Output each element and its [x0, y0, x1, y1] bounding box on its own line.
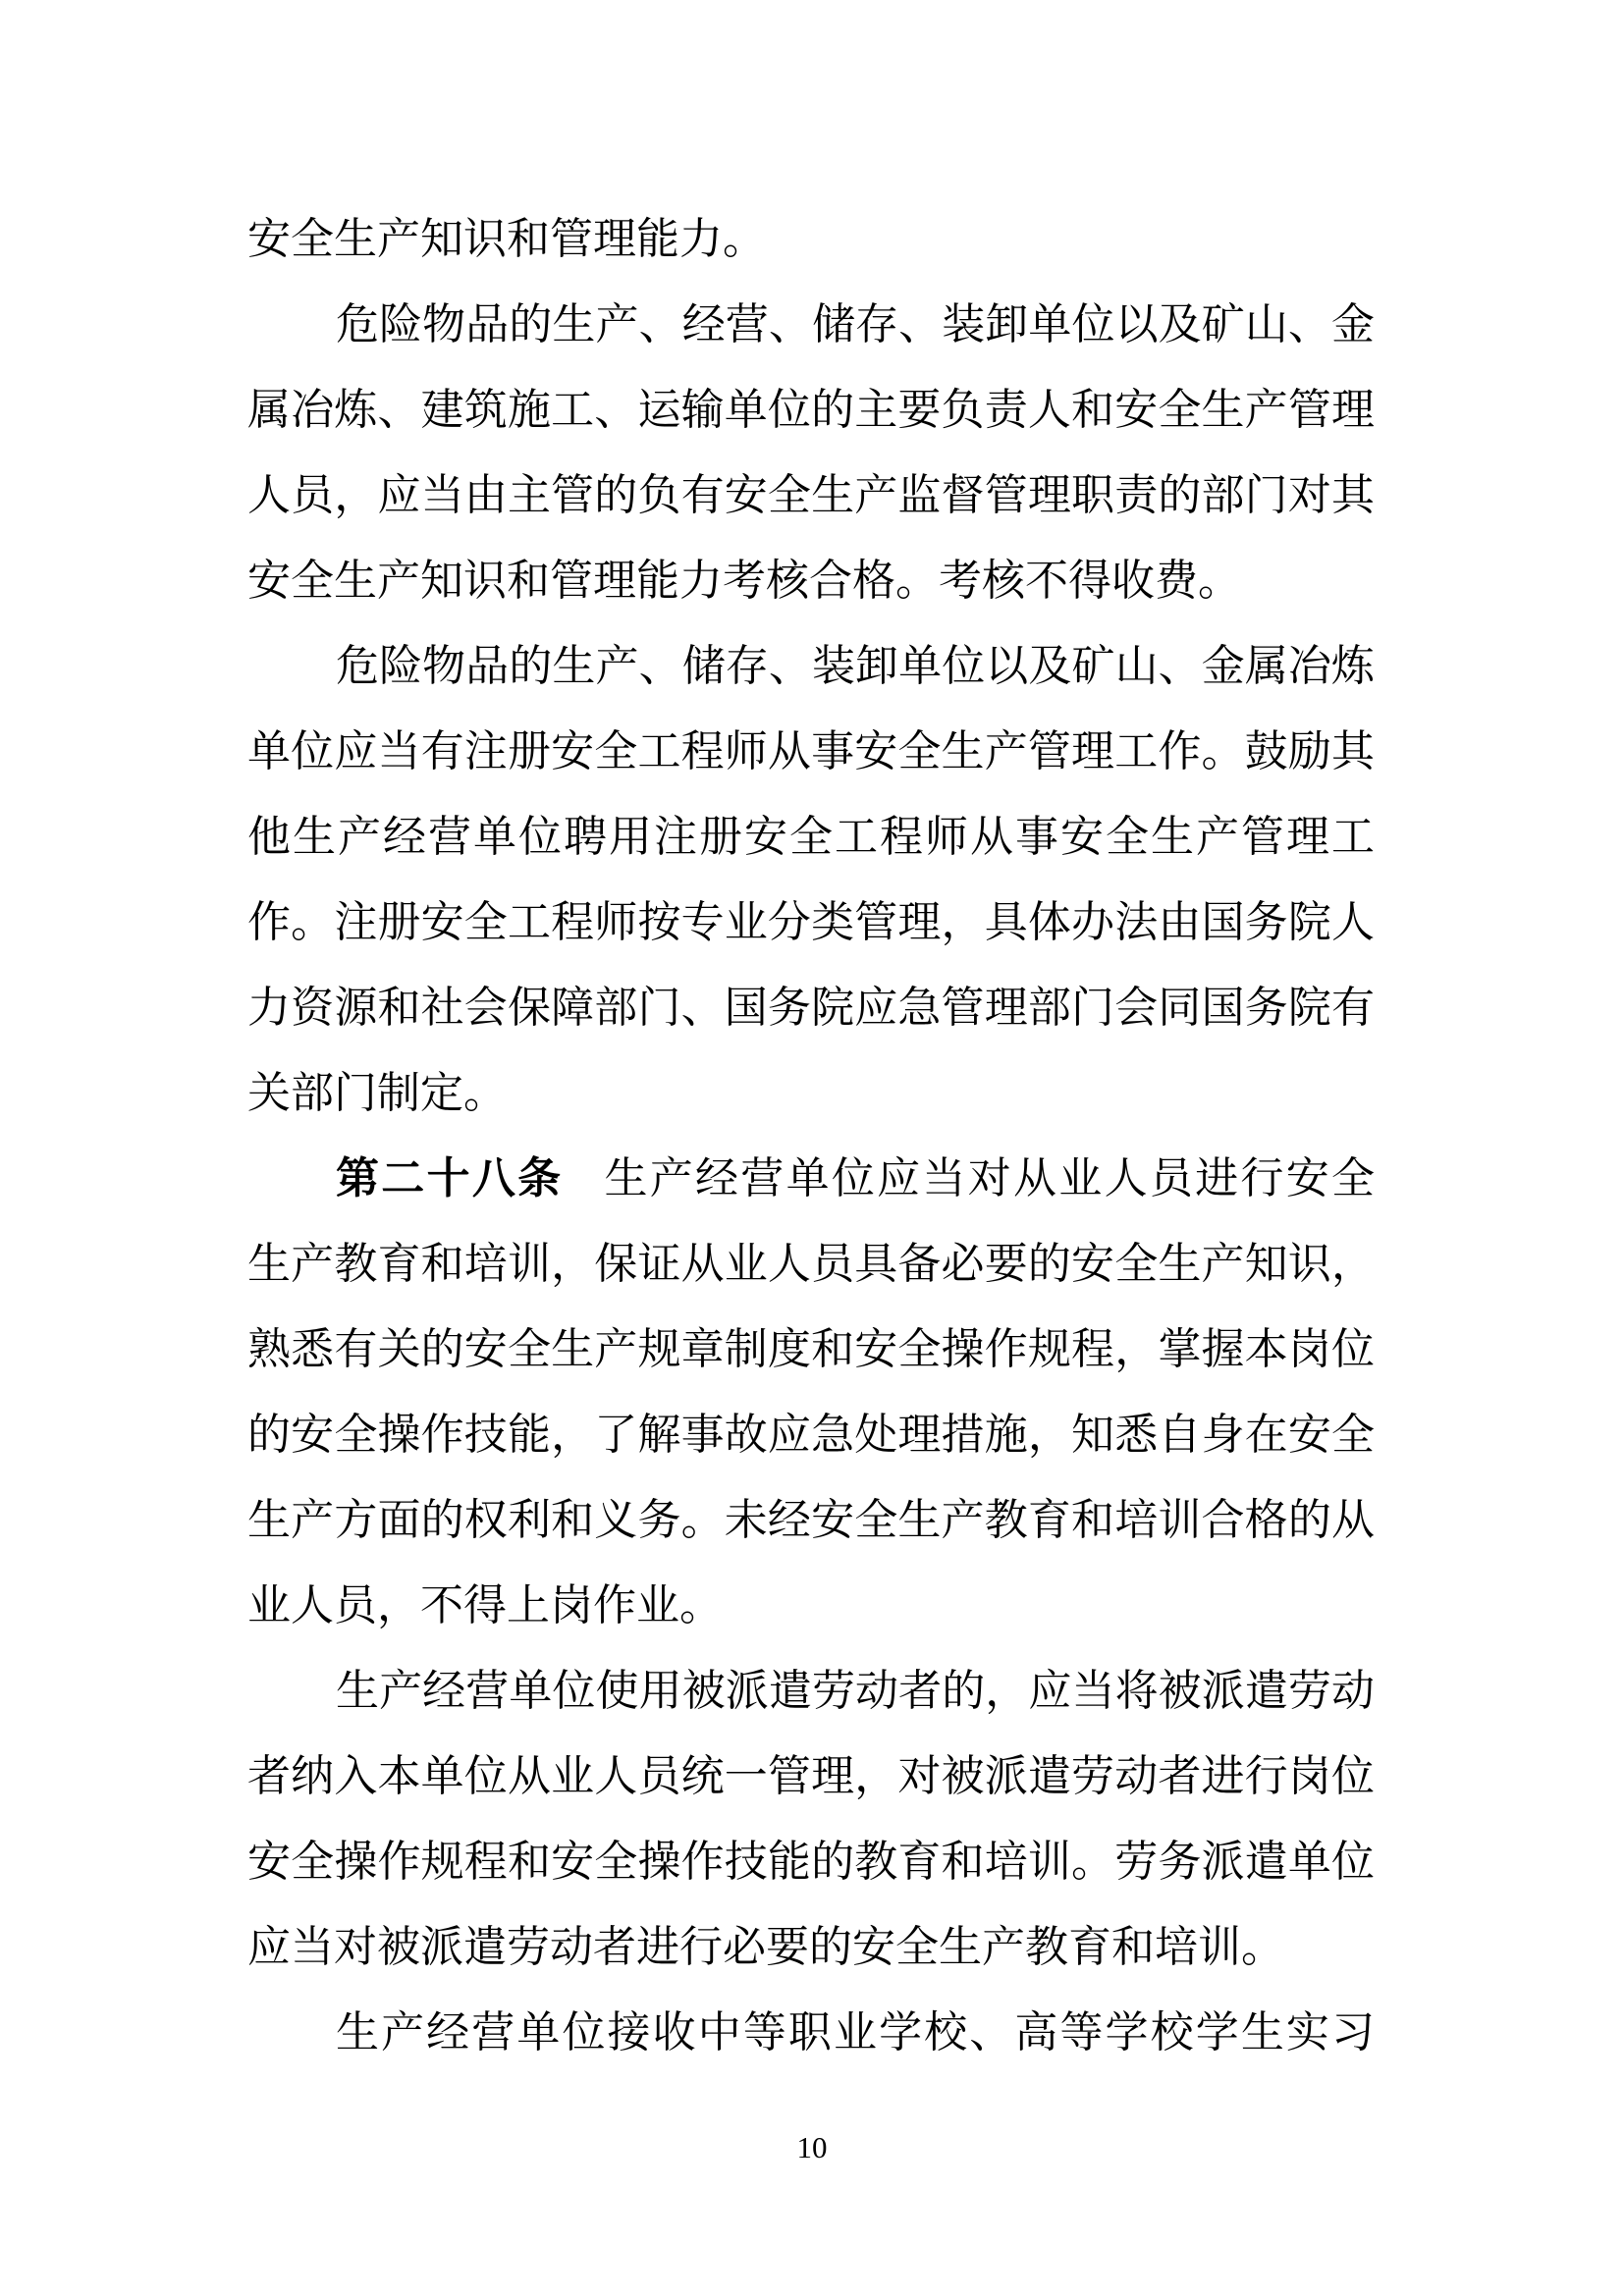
- text-line: 的安全操作技能，了解事故应急处理措施，知悉自身在安全: [247, 1392, 1375, 1477]
- article-28-heading: 第二十八条: [336, 1154, 563, 1202]
- text-line: 者纳入本单位从业人员统一管理，对被派遣劳动者进行岗位: [247, 1734, 1375, 1819]
- text-line: 人员，应当由主管的负有安全生产监督管理职责的部门对其: [247, 453, 1375, 538]
- text-line: 单位应当有注册安全工程师从事安全生产管理工作。鼓励其: [247, 709, 1375, 794]
- text-line: 生产经营单位接收中等职业学校、高等学校学生实习: [247, 1990, 1375, 2075]
- text-line: 生产方面的权利和义务。未经安全生产教育和培训合格的从: [247, 1477, 1375, 1563]
- text-line: 安全操作规程和安全操作技能的教育和培训。劳务派遣单位: [247, 1819, 1375, 1904]
- article-28-first-line: 生产经营单位应当对从业人员进行安全: [604, 1154, 1375, 1202]
- text-line: 他生产经营单位聘用注册安全工程师从事安全生产管理工: [247, 794, 1375, 880]
- text-line: 关部门制定。: [247, 1050, 1375, 1136]
- text-line: 安全生产知识和管理能力考核合格。考核不得收费。: [247, 538, 1375, 623]
- text-line: 危险物品的生产、经营、储存、装卸单位以及矿山、金: [247, 282, 1375, 367]
- text-line: 危险物品的生产、储存、装卸单位以及矿山、金属冶炼: [247, 623, 1375, 709]
- text-line: 业人员，不得上岗作业。: [247, 1563, 1375, 1648]
- text-line: 生产经营单位使用被派遣劳动者的，应当将被派遣劳动: [247, 1648, 1375, 1734]
- document-body: 安全生产知识和管理能力。 危险物品的生产、经营、储存、装卸单位以及矿山、金 属冶…: [247, 196, 1375, 2075]
- text-line: 熟悉有关的安全生产规章制度和安全操作规程，掌握本岗位: [247, 1307, 1375, 1392]
- text-line: 第二十八条生产经营单位应当对从业人员进行安全: [247, 1136, 1375, 1221]
- text-line: 作。注册安全工程师按专业分类管理，具体办法由国务院人: [247, 880, 1375, 965]
- text-line: 安全生产知识和管理能力。: [247, 196, 1375, 282]
- page-number: 10: [0, 2128, 1624, 2167]
- text-line: 属冶炼、建筑施工、运输单位的主要负责人和安全生产管理: [247, 367, 1375, 453]
- text-line: 力资源和社会保障部门、国务院应急管理部门会同国务院有: [247, 965, 1375, 1050]
- document-page: 安全生产知识和管理能力。 危险物品的生产、经营、储存、装卸单位以及矿山、金 属冶…: [0, 0, 1624, 2296]
- text-line: 应当对被派遣劳动者进行必要的安全生产教育和培训。: [247, 1904, 1375, 1990]
- text-line: 生产教育和培训，保证从业人员具备必要的安全生产知识，: [247, 1221, 1375, 1307]
